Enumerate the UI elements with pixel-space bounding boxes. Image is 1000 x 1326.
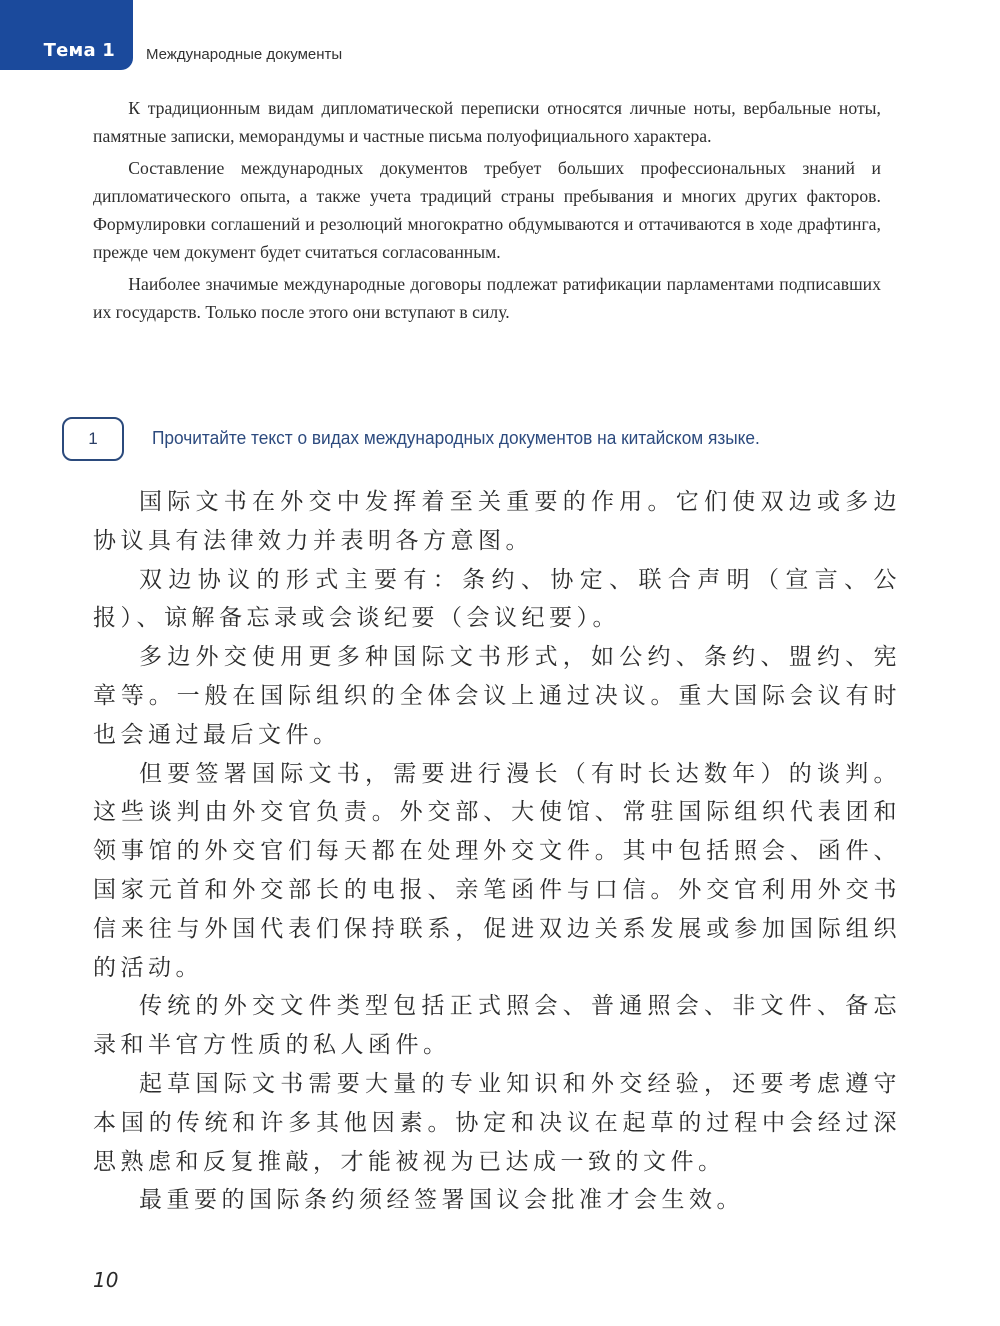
exercise-number-badge: 1 xyxy=(62,417,124,461)
page-number: 10 xyxy=(93,1268,118,1292)
exercise-instruction: Прочитайте текст о видах международных д… xyxy=(152,428,760,449)
chinese-paragraph: 传统的外交文件类型包括正式照会、普通照会、非文件、备忘录和半官方性质的私人函件。 xyxy=(93,987,901,1065)
chinese-paragraph: 双边协议的形式主要有：条约、协定、联合声明（宣言、公报）、谅解备忘录或会谈纪要（… xyxy=(93,561,901,639)
intro-paragraph: К традиционным видам дипломатической пер… xyxy=(93,94,881,150)
intro-paragraph: Составление международных документов тре… xyxy=(93,154,881,266)
intro-text: К традиционным видам дипломатической пер… xyxy=(93,94,881,330)
chinese-text: 国际文书在外交中发挥着至关重要的作用。它们使双边或多边协议具有法律效力并表明各方… xyxy=(93,483,901,1220)
chinese-paragraph: 最重要的国际条约须经签署国议会批准才会生效。 xyxy=(93,1181,901,1220)
exercise-header: 1 Прочитайте текст о видах международных… xyxy=(62,417,912,463)
chinese-paragraph: 多边外交使用更多种国际文书形式，如公约、条约、盟约、宪章等。一般在国际组织的全体… xyxy=(93,638,901,754)
section-title: Международные документы xyxy=(146,46,342,63)
intro-paragraph: Наиболее значимые международные договоры… xyxy=(93,270,881,326)
chinese-paragraph: 但要签署国际文书，需要进行漫长（有时长达数年）的谈判。这些谈判由外交官负责。外交… xyxy=(93,755,901,988)
chinese-paragraph: 起草国际文书需要大量的专业知识和外交经验，还要考虑遵守本国的传统和许多其他因素。… xyxy=(93,1065,901,1181)
chinese-paragraph: 国际文书在外交中发挥着至关重要的作用。它们使双边或多边协议具有法律效力并表明各方… xyxy=(93,483,901,561)
topic-label: Тема 1 xyxy=(44,40,115,61)
topic-tab: Тема 1 xyxy=(0,0,133,70)
